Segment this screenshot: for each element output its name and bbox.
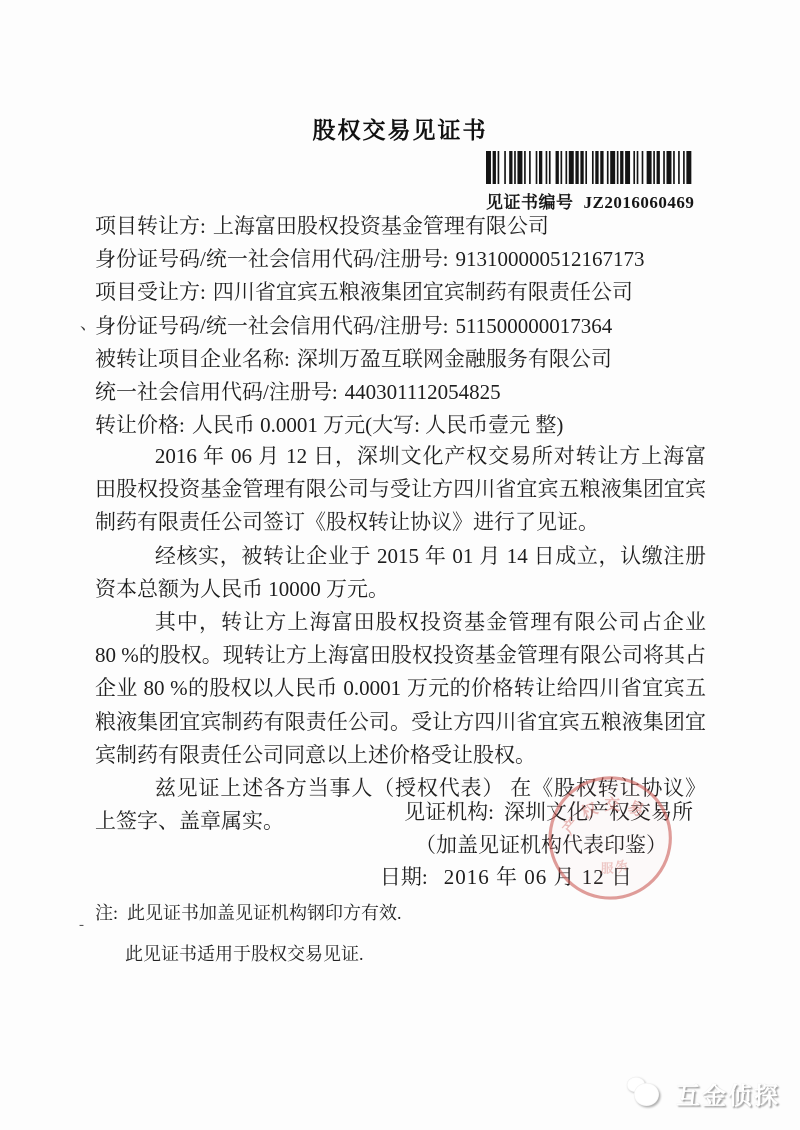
barcode-block: 见证书编号JZ2016060469 bbox=[486, 151, 696, 213]
field-label: 身份证号码/统一社会信用代码/注册号: bbox=[95, 314, 449, 338]
field-label: 身份证号码/统一社会信用代码/注册号: bbox=[95, 247, 449, 271]
footnote-2: 此见证书适用于股权交易见证. bbox=[125, 940, 402, 966]
field-value: 440301112054825 bbox=[345, 380, 501, 404]
field-value: 511500000017364 bbox=[456, 314, 613, 338]
field-value: 上海富田股权投资基金管理有限公司 bbox=[213, 214, 549, 238]
witness-organization-line: 见证机构:深圳文化产权交易所 bbox=[404, 796, 693, 826]
witness-organization-name: 深圳文化产权交易所 bbox=[504, 800, 693, 824]
field-label: 被转让项目企业名称: bbox=[95, 347, 290, 371]
field-label: 项目受让方: bbox=[95, 280, 206, 304]
footnotes: 注:此见证书加盖见证机构钢印方有效. 此见证书适用于股权交易见证. bbox=[95, 899, 402, 966]
field-value: 四川省宜宾五粮液集团宜宾制药有限责任公司 bbox=[213, 280, 633, 304]
field-target-company: 被转让项目企业名称:深圳万盈互联网金融服务有限公司 bbox=[95, 343, 713, 376]
page-title: 股权交易见证书 bbox=[0, 112, 800, 145]
date-value: 2016 年 06 月 12 日 bbox=[444, 865, 633, 889]
field-transferee-id: 身份证号码/统一社会信用代码/注册号:511500000017364 bbox=[95, 310, 713, 343]
footnote-prefix: 注: bbox=[95, 903, 118, 923]
field-label: 统一社会信用代码/注册号: bbox=[95, 380, 338, 404]
watermark-logo: 互金侦探 bbox=[625, 1074, 780, 1112]
paragraph-verification: 经核实，被转让企业于 2015 年 01 月 14 日成立，认缴注册资本总额为人… bbox=[95, 540, 706, 606]
margin-stray-mark: 、 bbox=[80, 309, 97, 334]
field-transfer-price: 转让价格:人民币 0.0001 万元(大写: 人民币壹元 整) bbox=[95, 409, 713, 442]
date-label: 日期: bbox=[380, 865, 428, 889]
footnote-1: 注:此见证书加盖见证机构钢印方有效. bbox=[95, 899, 402, 925]
field-value: 人民币 0.0001 万元(大写: 人民币壹元 整) bbox=[192, 413, 564, 437]
field-label: 项目转让方: bbox=[95, 214, 206, 238]
field-target-company-id: 统一社会信用代码/注册号:440301112054825 bbox=[95, 376, 713, 409]
margin-stray-dash: - bbox=[79, 917, 84, 934]
detective-logo-icon bbox=[625, 1074, 669, 1112]
field-label: 转让价格: bbox=[95, 413, 185, 437]
paragraph-witnessing: 2016 年 06 月 12 日，深圳文化产权交易所对转让方上海富田股权投资基金… bbox=[95, 440, 706, 540]
certificate-page: 股权交易见证书 见证书编号JZ2016060469 项目转让方:上海富田股权投资… bbox=[0, 0, 800, 1130]
field-list: 项目转让方:上海富田股权投资基金管理有限公司 身份证号码/统一社会信用代码/注册… bbox=[95, 210, 713, 442]
seal-note-line: （加盖见证机构代表印鉴） bbox=[415, 829, 667, 859]
footnote-1-text: 此见证书加盖见证机构钢印方有效. bbox=[127, 903, 402, 923]
field-transferor: 项目转让方:上海富田股权投资基金管理有限公司 bbox=[95, 210, 713, 243]
field-transferee: 项目受让方:四川省宜宾五粮液集团宜宾制药有限责任公司 bbox=[95, 276, 713, 309]
field-transferor-id: 身份证号码/统一社会信用代码/注册号:913100000512167173 bbox=[95, 243, 713, 276]
date-line: 日期:2016 年 06 月 12 日 bbox=[380, 861, 633, 891]
barcode bbox=[486, 151, 693, 184]
field-value: 913100000512167173 bbox=[456, 247, 645, 271]
paragraph-equity-transfer: 其中，转让方上海富田股权投资基金管理有限公司占企业 80 %的股权。现转让方上海… bbox=[95, 606, 706, 772]
field-value: 深圳万盈互联网金融服务有限公司 bbox=[297, 347, 612, 371]
body-paragraphs: 2016 年 06 月 12 日，深圳文化产权交易所对转让方上海富田股权投资基金… bbox=[95, 440, 706, 838]
watermark-text: 互金侦探 bbox=[676, 1076, 780, 1111]
witness-organization-label: 见证机构: bbox=[404, 800, 494, 824]
